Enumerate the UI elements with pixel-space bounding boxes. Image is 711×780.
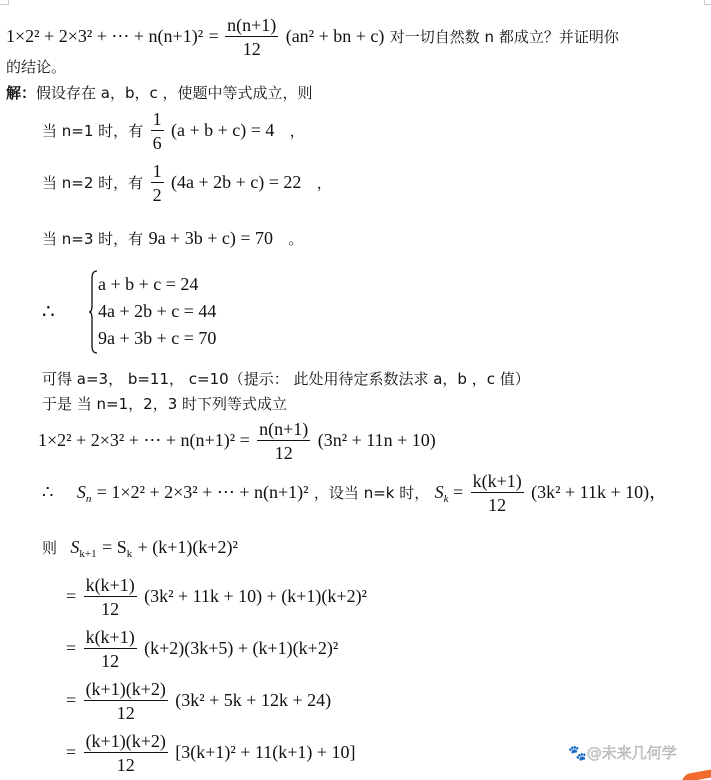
fraction-denominator: 2	[151, 183, 164, 207]
fraction-numerator: (k+1)(k+2)	[84, 678, 168, 701]
case-expression: 9a + 3b + c) = 70	[149, 228, 273, 248]
case-n3: 当 n=3 时，有 9a + 3b + c) = 70 。	[42, 227, 303, 250]
case-prefix: 当 n=3 时，有	[42, 230, 143, 248]
question-line: 1×2² + 2×3² + ⋯ + n(n+1)² = n(n+1) 12 (a…	[6, 14, 619, 61]
identity-lhs: 1×2² + 2×3² + ⋯ + n(n+1)² =	[38, 430, 250, 450]
fraction-denominator: 6	[151, 131, 164, 155]
sn-subscript: n	[86, 493, 92, 505]
equation-system: a + b + c = 24 4a + 2b + c = 44 9a + 3b …	[98, 271, 216, 352]
so-statement: 于是 当 n=1，2，3 时下列等式成立	[42, 393, 287, 415]
sn-text: ，设当 n=k 时，	[314, 484, 429, 502]
case-n1: 当 n=1 时，有 16 (a + b + c) = 4 ，	[42, 108, 305, 155]
question-fraction: n(n+1) 12	[225, 14, 278, 61]
sk-tail: (3k² + 11k + 10)，	[531, 482, 667, 502]
case-expression: (4a + 2b + c) = 22	[171, 172, 301, 192]
step-fraction: (k+1)(k+2)12	[84, 678, 168, 725]
fraction-numerator: k(k+1)	[84, 574, 137, 597]
orange-corner-decoration	[682, 769, 711, 780]
therefore-symbol: ∴	[42, 301, 55, 323]
watermark: 🐾@未来几何学	[568, 742, 677, 763]
step-fraction: (k+1)(k+2)12	[84, 730, 168, 777]
solution-label: 解	[6, 84, 21, 102]
sk1-subscript: k+1	[79, 548, 96, 560]
fraction-numerator: 1	[151, 160, 164, 183]
sn-symbol: S	[77, 482, 86, 502]
fraction-denominator: 12	[84, 649, 137, 673]
case-punct: 。	[288, 230, 303, 248]
question-formula-lhs: 1×2² + 2×3² + ⋯ + n(n+1)²	[6, 26, 203, 46]
case-punct: ，	[317, 174, 332, 192]
sn-definition: = 1×2² + 2×3² + ⋯ + n(n+1)²	[97, 482, 309, 502]
question-line-2: 的结论。	[6, 56, 66, 78]
case-fraction: 16	[151, 108, 164, 155]
derivation-step: = (k+1)(k+2)12 [3(k+1)² + 11(k+1) + 10]	[66, 730, 356, 777]
left-brace-icon	[88, 270, 98, 354]
sk-subscript: k	[127, 548, 133, 560]
identity-fraction: n(n+1)12	[257, 418, 310, 465]
fraction-denominator: 12	[257, 441, 310, 465]
coefficients-result: 可得 a=3， b=11， c=10（提示： 此处用待定系数法求 a，b ，c …	[42, 368, 530, 390]
then-label: 则	[42, 539, 57, 557]
then-rest: + (k+1)(k+2)²	[138, 537, 238, 557]
sk-subscript: k	[444, 493, 449, 505]
derivation-step: = k(k+1)12 (k+2)(3k+5) + (k+1)(k+2)²	[66, 626, 338, 673]
identity-line: 1×2² + 2×3² + ⋯ + n(n+1)² = n(n+1)12 (3n…	[38, 418, 436, 465]
step-tail: (3k² + 11k + 10) + (k+1)(k+2)²	[144, 586, 367, 606]
fraction-numerator: n(n+1)	[225, 14, 278, 37]
system-equation: 4a + 2b + c = 44	[98, 298, 216, 325]
fraction-denominator: 12	[471, 493, 524, 517]
then-line: 则 Sk+1 = Sk + (k+1)(k+2)²	[42, 536, 238, 559]
step-tail: (3k² + 5k + 12k + 24)	[175, 690, 331, 710]
case-prefix: 当 n=1 时，有	[42, 122, 143, 140]
case-expression: (a + b + c) = 4	[171, 120, 274, 140]
baidu-paw-icon: 🐾	[568, 744, 587, 762]
system-equation: 9a + 3b + c = 70	[98, 325, 216, 352]
sk-symbol: S	[435, 482, 444, 502]
case-n2: 当 n=2 时，有 12 (4a + 2b + c) = 22 ，	[42, 160, 332, 207]
step-fraction: k(k+1)12	[84, 626, 137, 673]
derivation-step: = (k+1)(k+2)12 (3k² + 5k + 12k + 24)	[66, 678, 331, 725]
solution-intro: 解：假设存在 a，b，c ，使题中等式成立，则	[6, 82, 313, 104]
therefore-symbol: ∴	[42, 482, 53, 502]
fraction-denominator: 12	[225, 37, 278, 61]
step-tail: (k+2)(3k+5) + (k+1)(k+2)²	[144, 638, 338, 658]
watermark-text: @未来几何学	[587, 744, 677, 762]
case-prefix: 当 n=2 时，有	[42, 174, 143, 192]
step-tail: [3(k+1)² + 11(k+1) + 10]	[175, 742, 355, 762]
solution-intro-text: 假设存在 a，b，c ，使题中等式成立，则	[36, 84, 313, 102]
sn-definition-line: ∴ Sn = 1×2² + 2×3² + ⋯ + n(n+1)² ，设当 n=k…	[42, 470, 667, 517]
question-formula-tail: (an² + bn + c)	[286, 26, 385, 46]
case-punct: ，	[290, 122, 305, 140]
fraction-numerator: k(k+1)	[84, 626, 137, 649]
solution-colon: ：	[21, 84, 36, 102]
fraction-numerator: (k+1)(k+2)	[84, 730, 168, 753]
fraction-denominator: 12	[84, 753, 168, 777]
equals-sk: = S	[102, 537, 127, 557]
page-corner-mark	[0, 0, 9, 5]
fraction-denominator: 12	[84, 597, 137, 621]
system-equation: a + b + c = 24	[98, 271, 216, 298]
derivation-step: = k(k+1)12 (3k² + 11k + 10) + (k+1)(k+2)…	[66, 574, 367, 621]
step-fraction: k(k+1)12	[84, 574, 137, 621]
question-text: 对一切自然数 n 都成立？并证明你	[390, 28, 619, 46]
fraction-numerator: 1	[151, 108, 164, 131]
identity-tail: (3n² + 11n + 10)	[318, 430, 436, 450]
sk-fraction: k(k+1)12	[471, 470, 524, 517]
fraction-denominator: 12	[84, 701, 168, 725]
page-corner-mark-right	[704, 0, 711, 5]
case-fraction: 12	[151, 160, 164, 207]
fraction-numerator: n(n+1)	[257, 418, 310, 441]
fraction-numerator: k(k+1)	[471, 470, 524, 493]
